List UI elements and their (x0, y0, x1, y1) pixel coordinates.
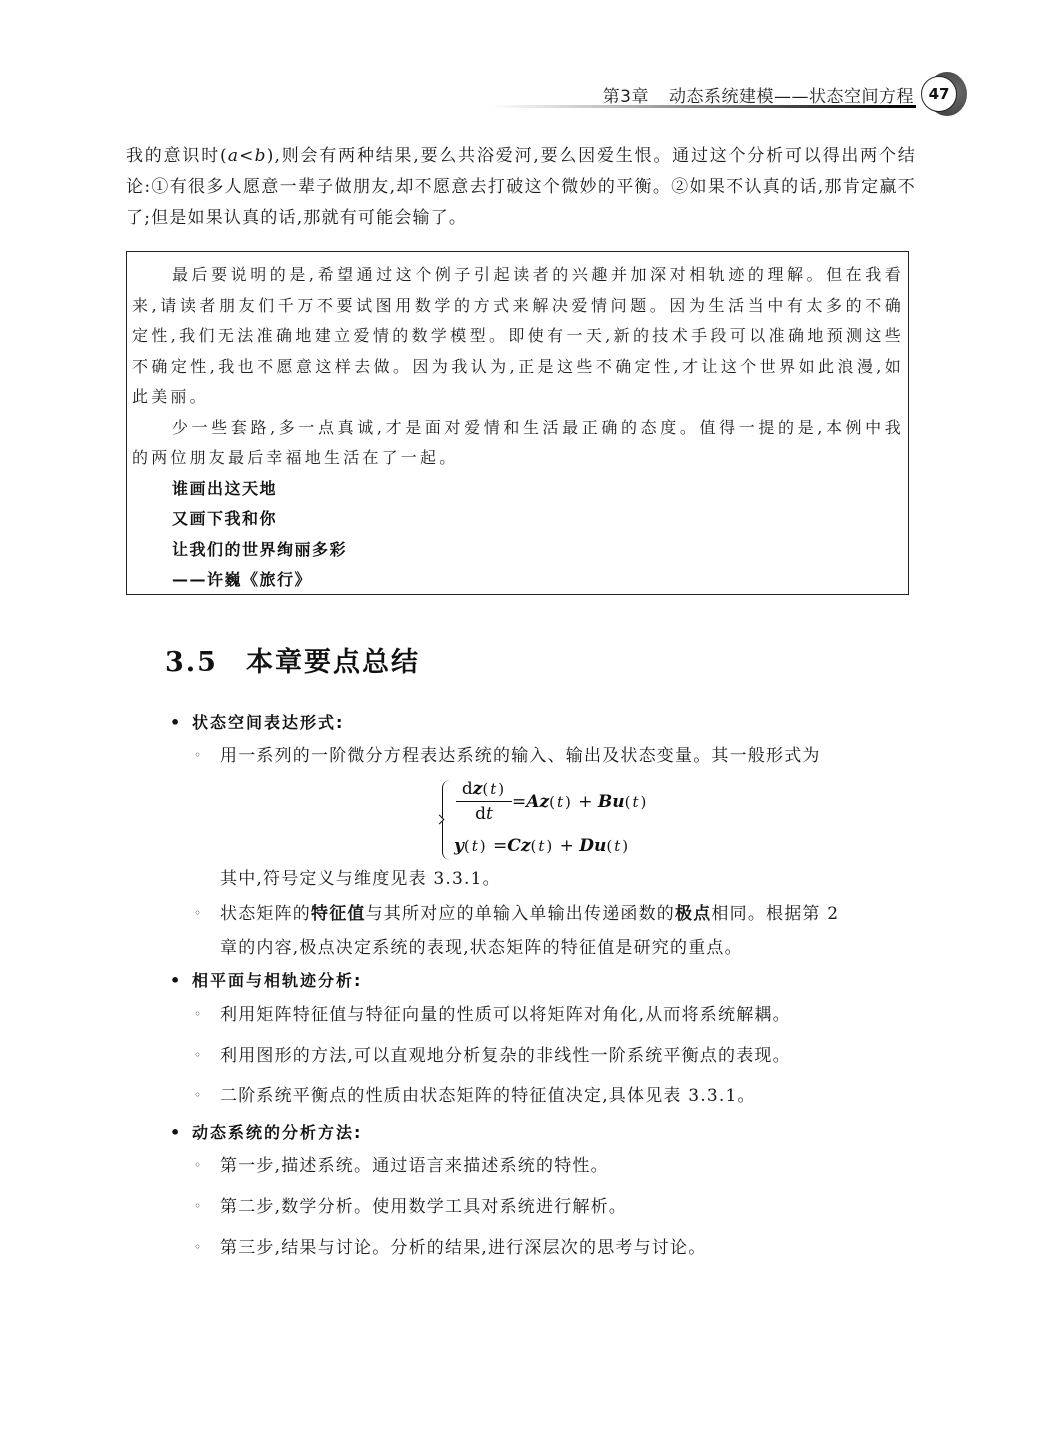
summary-item-continuation: 章的内容,极点决定系统的表现,状态矩阵的特征值是研究的重点。 (194, 931, 914, 965)
sub-bullet-icon: ◦ (194, 1038, 220, 1072)
fraction-numerator: dz(t) (456, 778, 512, 800)
running-header: 第3章动态系统建模——状态空间方程 47 (0, 72, 1040, 122)
summary-item-text: 利用图形的方法,可以直观地分析复杂的非线性一阶系统平衡点的表现。 (220, 1046, 791, 1066)
lyric-attribution: ——许巍《旅行》 (132, 565, 904, 596)
intro-paragraph: 我的意识时(a<b),则会有两种结果,要么共浴爱河,要么因爱生恨。通过这个分析可… (126, 141, 916, 234)
section-heading: 3.5本章要点总结 (165, 640, 420, 679)
summary-item: ◦用一系列的一阶微分方程表达系统的输入、输出及状态变量。其一般形式为 (194, 738, 914, 773)
header-chapter-title: 动态系统建模——状态空间方程 (669, 87, 914, 107)
header-title: 第3章动态系统建模——状态空间方程 (603, 82, 914, 107)
text-part: 相同。根据第 2 (711, 904, 839, 924)
summary-item-text: 第三步,结果与讨论。分析的结果,进行深层次的思考与讨论。 (220, 1238, 706, 1258)
summary-item-text: 第一步,描述系统。通过语言来描述系统的特性。 (220, 1156, 609, 1176)
summary-heading-label: 动态系统的分析方法: (192, 1123, 362, 1142)
equation-note: 其中,符号定义与维度见表 3.3.1。 (220, 862, 940, 896)
bold-term-pole: 极点 (675, 904, 711, 924)
summary-item-text: 用一系列的一阶微分方程表达系统的输入、输出及状态变量。其一般形式为 (220, 746, 821, 766)
intro-text-a: 我的意识时( (126, 146, 228, 166)
bullet-icon: • (170, 713, 192, 732)
summary-heading-label: 状态空间表达形式: (192, 713, 344, 732)
box-paragraph: 少一些套路,多一点真诚,才是面对爱情和生活最正确的态度。值得一提的是,本例中我的… (132, 413, 904, 474)
summary-item: ◦第三步,结果与讨论。分析的结果,进行深层次的思考与讨论。 (194, 1230, 914, 1265)
summary-item: ◦利用矩阵特征值与特征向量的性质可以将矩阵对角化,从而将系统解耦。 (194, 997, 914, 1032)
summary-item: ◦利用图形的方法,可以直观地分析复杂的非线性一阶系统平衡点的表现。 (194, 1038, 914, 1073)
sub-bullet-icon: ◦ (194, 1148, 220, 1182)
equation-line-1-rhs: =Az(t) + Bu(t) (512, 792, 648, 812)
header-rule (490, 105, 916, 108)
sub-bullet-icon: ◦ (194, 997, 220, 1031)
intro-math: a<b (228, 146, 267, 166)
equation-line-2: y(t) =Cz(t) + Du(t) (454, 836, 630, 856)
lyric-line: 又画下我和你 (132, 504, 904, 535)
left-brace (442, 780, 453, 860)
summary-item: ◦二阶系统平衡点的性质由状态矩阵的特征值决定,具体见表 3.3.1。 (194, 1078, 914, 1113)
fraction-denominator: dt (456, 803, 512, 825)
fraction-bar (456, 801, 512, 802)
summary-item: ◦状态矩阵的特征值与其所对应的单输入单输出传递函数的极点相同。根据第 2 章的内… (194, 896, 914, 965)
header-chapter: 第3章 (603, 87, 649, 107)
state-space-equation: dz(t) dt =Az(t) + Bu(t) y(t) =Cz(t) + Du… (442, 778, 682, 864)
section-title: 本章要点总结 (246, 647, 420, 678)
bullet-icon: • (170, 1123, 192, 1142)
sub-bullet-icon: ◦ (194, 1189, 220, 1223)
summary-item-text: 利用矩阵特征值与特征向量的性质可以将矩阵对角化,从而将系统解耦。 (220, 1005, 791, 1025)
sub-bullet-icon: ◦ (194, 896, 220, 930)
derivative-fraction: dz(t) dt (456, 778, 512, 825)
bullet-icon: • (170, 971, 192, 990)
text-part: 状态矩阵的 (220, 904, 311, 924)
summary-heading: •状态空间表达形式: (170, 710, 344, 733)
page-number: 47 (921, 76, 957, 112)
box-paragraph: 最后要说明的是,希望通过这个例子引起读者的兴趣并加深对相轨迹的理解。但在我看来,… (132, 260, 904, 413)
boxed-note: 最后要说明的是,希望通过这个例子引起读者的兴趣并加深对相轨迹的理解。但在我看来,… (126, 251, 909, 595)
summary-heading: •相平面与相轨迹分析: (170, 968, 362, 991)
lyric-line: 谁画出这天地 (132, 474, 904, 505)
summary-heading: •动态系统的分析方法: (170, 1120, 362, 1143)
lyric-line: 让我们的世界绚丽多彩 (132, 535, 904, 566)
sub-bullet-icon: ◦ (194, 1078, 220, 1112)
summary-item-text: 二阶系统平衡点的性质由状态矩阵的特征值决定,具体见表 3.3.1。 (220, 1086, 756, 1106)
section-number: 3.5 (165, 647, 218, 678)
sub-bullet-icon: ◦ (194, 1230, 220, 1264)
summary-item: ◦第一步,描述系统。通过语言来描述系统的特性。 (194, 1148, 914, 1183)
page-number-badge: 47 (921, 72, 969, 118)
sub-bullet-icon: ◦ (194, 738, 220, 772)
text-part: 与其所对应的单输入单输出传递函数的 (366, 904, 675, 924)
bold-term-eigenvalue: 特征值 (311, 904, 366, 924)
summary-item: ◦第二步,数学分析。使用数学工具对系统进行解析。 (194, 1189, 914, 1224)
summary-item-text: 第二步,数学分析。使用数学工具对系统进行解析。 (220, 1197, 627, 1217)
summary-heading-label: 相平面与相轨迹分析: (192, 971, 362, 990)
